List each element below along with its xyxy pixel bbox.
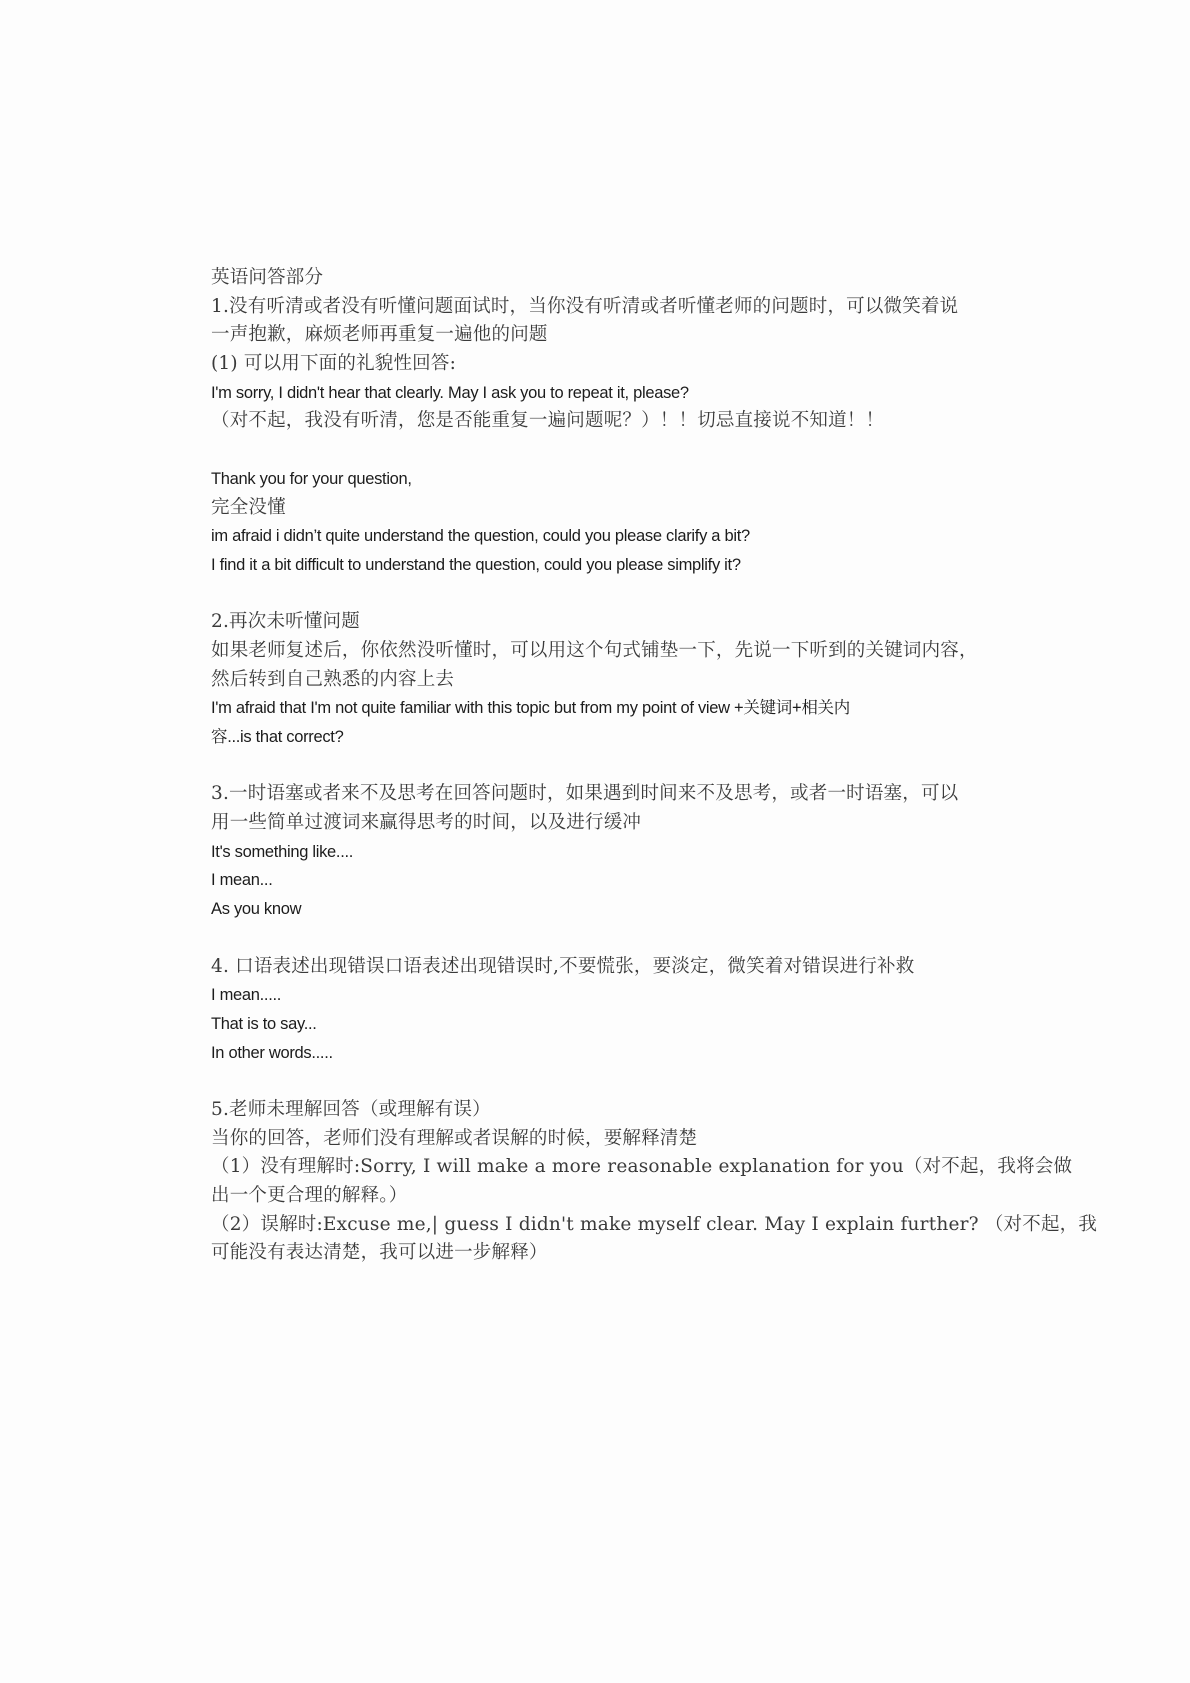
section-4-phrase: I mean..... xyxy=(211,981,986,1010)
section-1-phrase-1: I'm sorry, I didn't hear that clearly. M… xyxy=(211,379,986,408)
section-2-desc-line-1: 如果老师复述后，你依然没听懂时，可以用这个句式铺垫一下，先说一下听到的关键词内容… xyxy=(211,637,986,666)
section-2-heading: 2.再次未听懂问题 xyxy=(211,608,986,637)
spacer xyxy=(211,436,986,465)
section-3-phrase: It's something like.... xyxy=(211,838,986,867)
section-3-phrase: As you know xyxy=(211,895,986,924)
section-3-heading-line-2: 用一些简单过渡词来赢得思考的时间，以及进行缓冲 xyxy=(211,809,986,838)
document-title: 英语问答部分 xyxy=(211,264,986,293)
section-2: 2.再次未听懂问题 如果老师复述后，你依然没听懂时，可以用这个句式铺垫一下，先说… xyxy=(211,608,986,751)
spacer xyxy=(211,752,986,781)
section-1-phrase-1-note: （对不起，我没有听清，您是否能重复一遍问题呢？）！！切忌直接说不知道！！ xyxy=(211,407,986,436)
section-5: 5.老师未理解回答（或理解有误） 当你的回答，老师们没有理解或者误解的时候，要解… xyxy=(211,1096,986,1268)
section-5-item-2-line-1: （2）误解时:Excuse me,| guess I didn't make m… xyxy=(211,1211,986,1240)
section-1-phrase-4: I find it a bit difficult to understand … xyxy=(211,551,986,580)
section-3-heading-line-1: 3.一时语塞或者来不及思考在回答问题时，如果遇到时间来不及思考，或者一时语塞，可… xyxy=(211,780,986,809)
section-5-item-1-line-2: 出一个更合理的解释。） xyxy=(211,1182,986,1211)
section-4-heading: 4. 口语表述出现错误口语表述出现错误时,不要慌张，要淡定，微笑着对错误进行补救 xyxy=(211,953,986,982)
section-1-sub-label: (1) 可以用下面的礼貌性回答: xyxy=(211,350,986,379)
section-3: 3.一时语塞或者来不及思考在回答问题时，如果遇到时间来不及思考，或者一时语塞，可… xyxy=(211,780,986,923)
section-2-phrase-line-1: I'm afraid that I'm not quite familiar w… xyxy=(211,694,986,723)
section-2-desc-line-2: 然后转到自己熟悉的内容上去 xyxy=(211,666,986,695)
spacer xyxy=(211,580,986,609)
section-2-phrase-line-2: 容...is that correct? xyxy=(211,723,986,752)
section-1-phrase-2: Thank you for your question, xyxy=(211,465,986,494)
section-5-heading: 5.老师未理解回答（或理解有误） xyxy=(211,1096,986,1125)
spacer xyxy=(211,924,986,953)
section-1: 1.没有听清或者没有听懂问题面试时，当你没有听清或者听懂老师的问题时，可以微笑着… xyxy=(211,293,986,580)
section-4-phrase: That is to say... xyxy=(211,1010,986,1039)
section-1-heading-line-1: 1.没有听清或者没有听懂问题面试时，当你没有听清或者听懂老师的问题时，可以微笑着… xyxy=(211,293,986,322)
section-5-item-1-line-1: （1）没有理解时:Sorry, I will make a more reaso… xyxy=(211,1153,986,1182)
section-5-item-2-line-2: 可能没有表达清楚，我可以进一步解释） xyxy=(211,1239,986,1268)
section-3-phrase: I mean... xyxy=(211,866,986,895)
section-1-sub-label-2: 完全没懂 xyxy=(211,494,986,523)
section-4-phrase: In other words..... xyxy=(211,1039,986,1068)
document-page: 英语问答部分 1.没有听清或者没有听懂问题面试时，当你没有听清或者听懂老师的问题… xyxy=(211,264,986,1268)
section-1-heading-line-2: 一声抱歉，麻烦老师再重复一遍他的问题 xyxy=(211,321,986,350)
spacer xyxy=(211,1067,986,1096)
section-5-desc: 当你的回答，老师们没有理解或者误解的时候，要解释清楚 xyxy=(211,1125,986,1154)
section-4: 4. 口语表述出现错误口语表述出现错误时,不要慌张，要淡定，微笑着对错误进行补救… xyxy=(211,953,986,1068)
section-1-phrase-3: im afraid i didn’t quite understand the … xyxy=(211,522,986,551)
